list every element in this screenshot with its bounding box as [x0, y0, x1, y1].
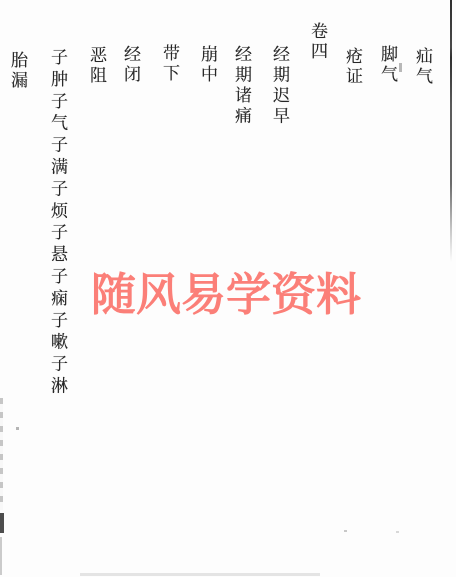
toc-entry-e-zu: 恶阻: [88, 46, 105, 86]
toc-entry-shan-qi: 疝气: [414, 47, 431, 87]
toc-entry-jingqi-zhutong: 经期诸痛: [233, 45, 250, 127]
scan-noise-smudge: [80, 573, 320, 576]
scan-noise-left-blot: [0, 513, 4, 533]
scan-noise-left-strip: [0, 398, 3, 510]
scanned-book-page: 疝气 脚气 疮证 卷四 经期迟早 经期诸痛 崩中 带下 经闭 恶阻 子肿子气子满…: [0, 0, 456, 577]
toc-entry-tai-lou: 胎漏: [9, 51, 26, 91]
scan-noise-dash: [399, 63, 402, 72]
toc-entry-jingqi-chizao: 经期迟早: [271, 45, 288, 127]
volume-heading-juan-si: 卷四: [309, 22, 326, 62]
page-frame-line: [450, 0, 452, 262]
watermark: 随风易学资料: [91, 258, 361, 323]
toc-entry-beng-zhong: 崩中: [199, 45, 216, 85]
scan-noise-speck: [16, 427, 19, 430]
scan-noise-left-streak: [0, 537, 2, 575]
toc-entry-jiao-qi: 脚气: [379, 45, 396, 85]
scan-noise-speck: [344, 530, 347, 532]
toc-entry-jing-bi: 经闭: [122, 45, 139, 85]
toc-entry-chuang-zheng: 疮证: [344, 47, 361, 87]
scan-noise-speck: [396, 531, 399, 533]
toc-entry-dai-xia: 带下: [161, 44, 178, 84]
toc-entry-zizhong-series: 子肿子气子满子烦子悬子痫子嗽子淋: [49, 48, 66, 398]
